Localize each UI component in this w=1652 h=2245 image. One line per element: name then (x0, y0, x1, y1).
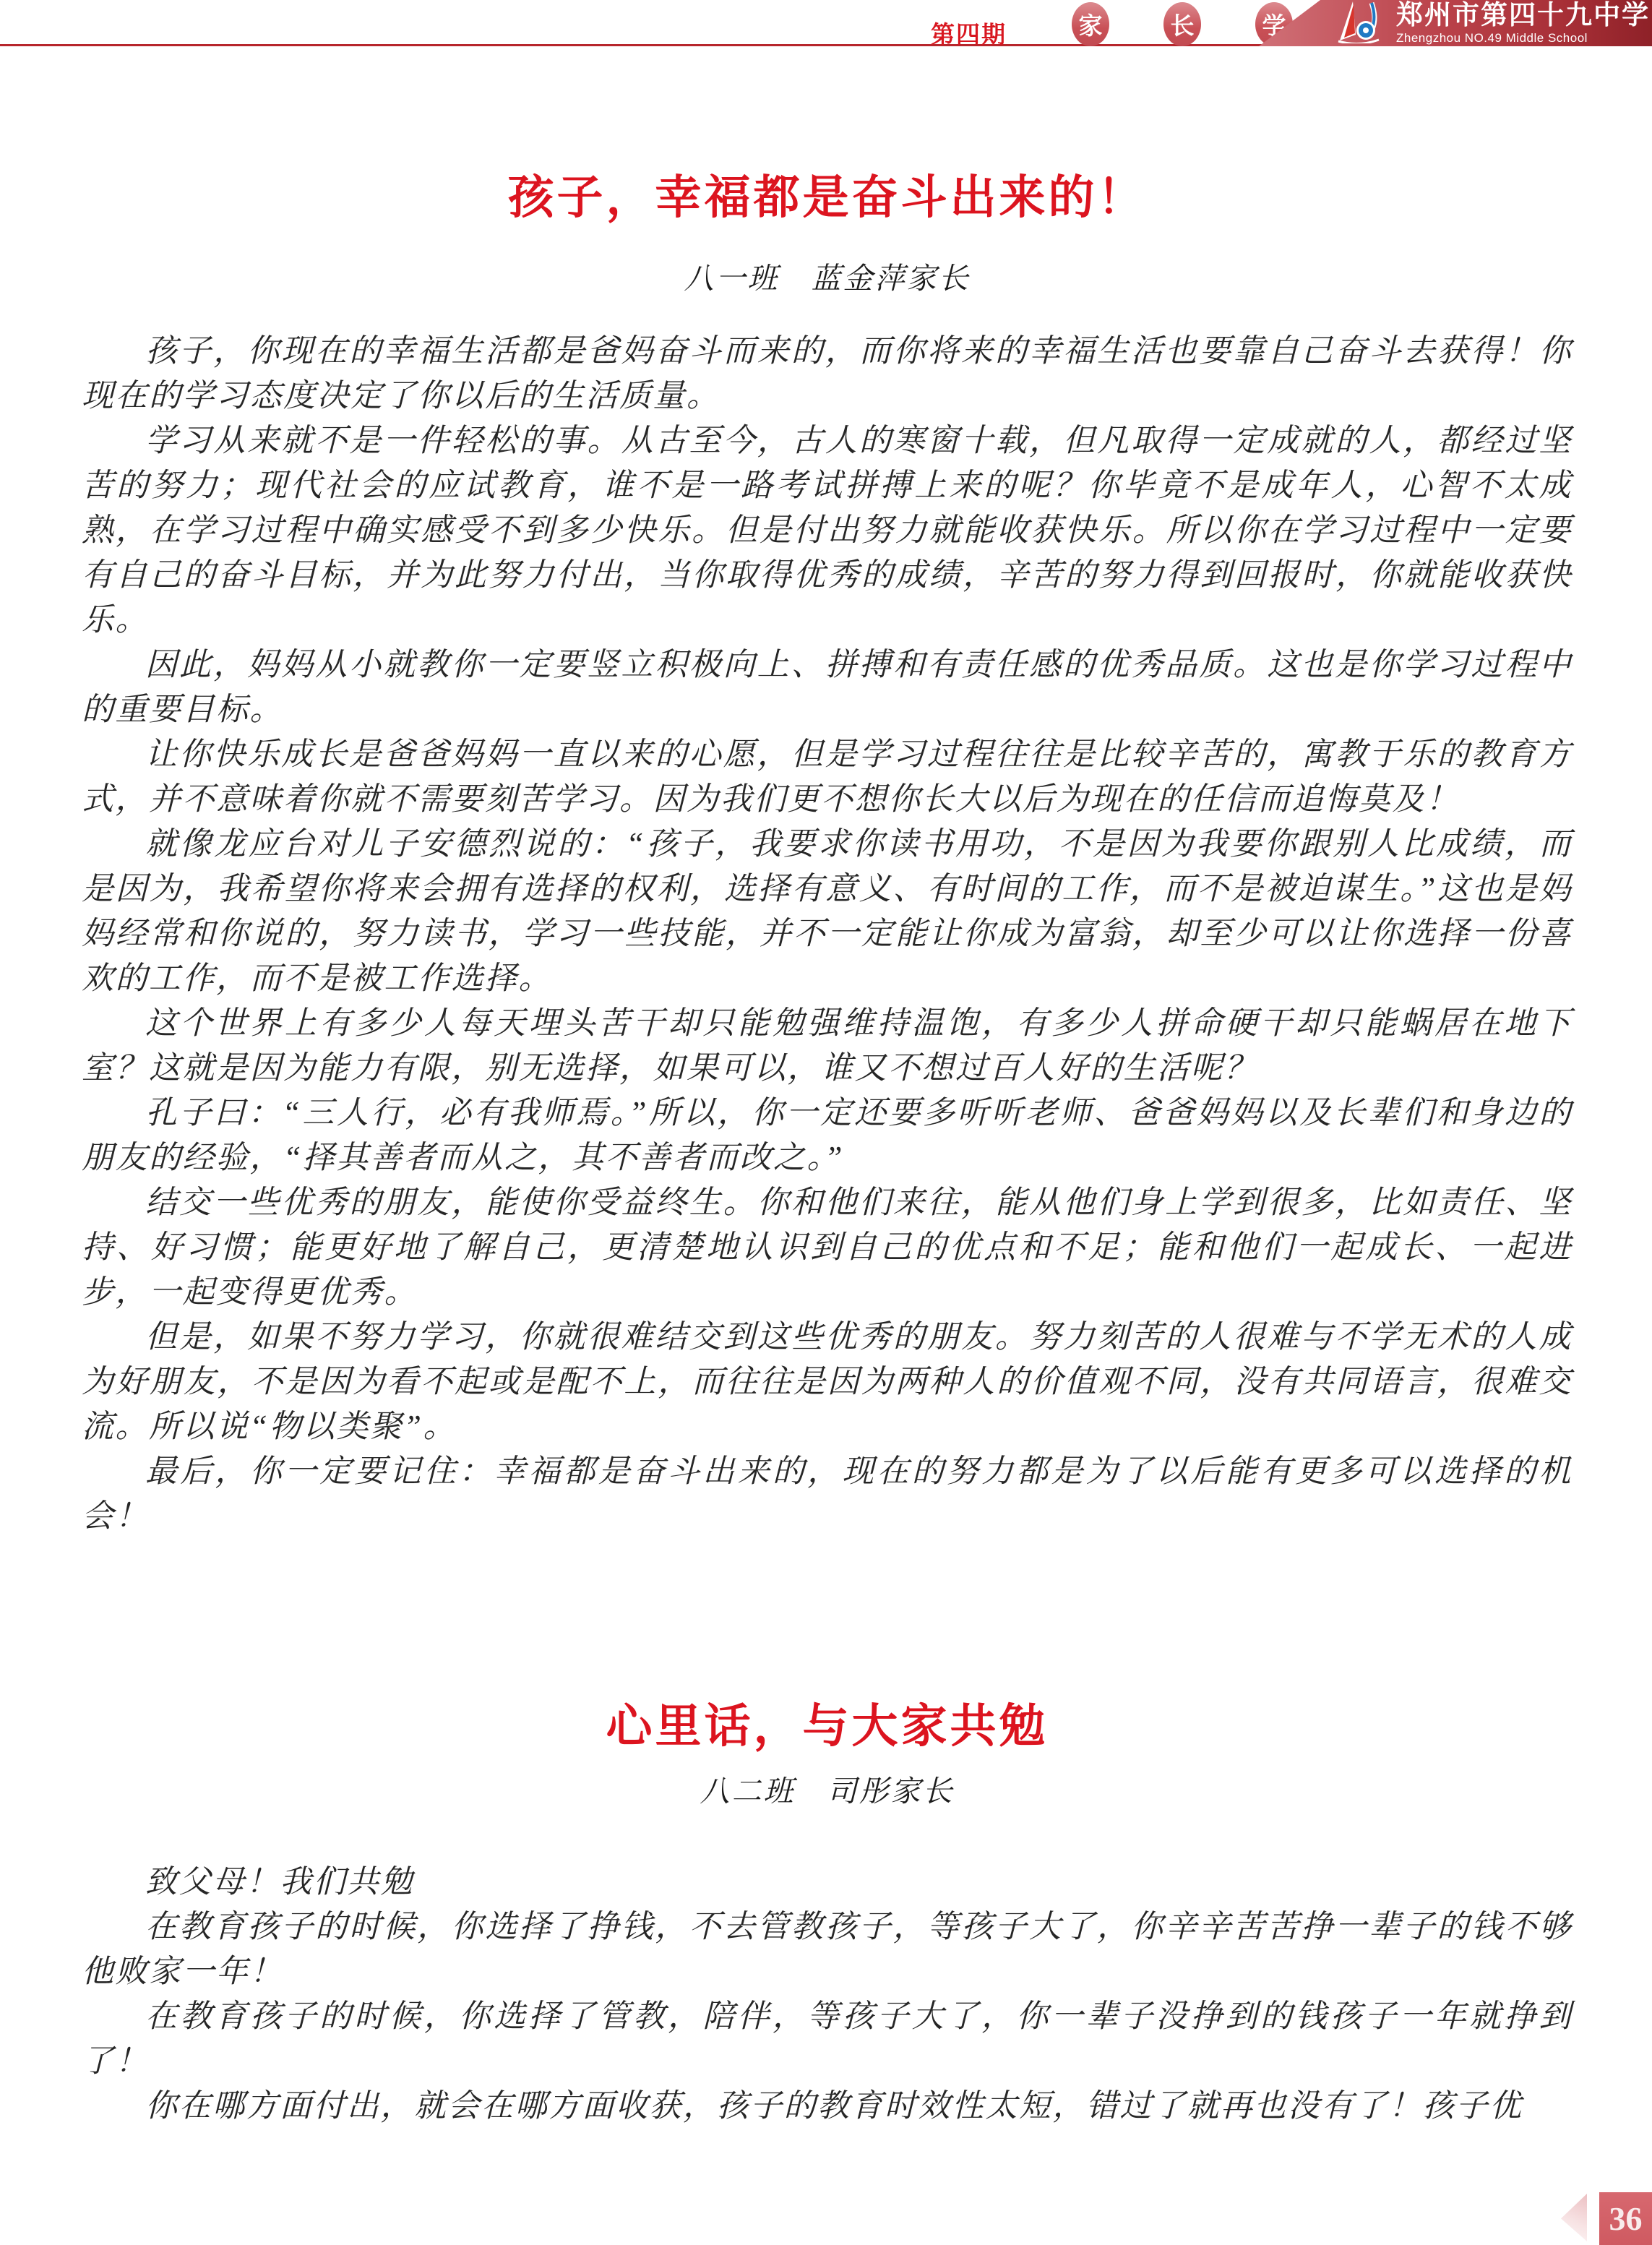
article-2: 心里话，与大家共勉 八二班 司彤家长 致父母！我们共勉 在教育孩子的时候，你选择… (82, 1700, 1573, 2129)
article-2-paragraph: 在教育孩子的时候，你选择了管教，陪伴，等孩子大了，你一辈子没挣到的钱孩子一年就挣… (82, 1994, 1573, 2084)
article-2-paragraph: 在教育孩子的时候，你选择了挣钱，不去管教孩子，等孩子大了，你辛辛苦苦挣一辈子的钱… (82, 1905, 1573, 1994)
article-1-paragraph: 最后，你一定要记住：幸福都是奋斗出来的，现在的努力都是为了以后能有更多可以选择的… (82, 1449, 1573, 1539)
article-1-paragraph: 让你快乐成长是爸爸妈妈一直以来的心愿，但是学习过程往往是比较辛苦的，寓教于乐的教… (82, 732, 1573, 822)
article-1: 孩子，幸福都是奋斗出来的！ 八一班 蓝金萍家长 孩子，你现在的幸福生活都是爸妈奋… (82, 171, 1573, 1539)
article-1-byline: 八一班 蓝金萍家长 (82, 261, 1573, 296)
article-2-paragraph: 致父母！我们共勉 (82, 1860, 1573, 1905)
article-2-title: 心里话，与大家共勉 (82, 1700, 1573, 1753)
page-content: 孩子，幸福都是奋斗出来的！ 八一班 蓝金萍家长 孩子，你现在的幸福生活都是爸妈奋… (82, 0, 1573, 2129)
article-1-paragraph: 学习从来就不是一件轻松的事。从古至今，古人的寒窗十载，但凡取得一定成就的人，都经… (82, 418, 1573, 643)
article-1-title: 孩子，幸福都是奋斗出来的！ (82, 171, 1573, 225)
page-corner-triangle-icon (1561, 2194, 1587, 2241)
article-1-paragraph: 就像龙应台对儿子安德烈说的：“孩子，我要求你读书用功，不是因为我要你跟别人比成绩… (82, 822, 1573, 1001)
article-1-paragraph: 但是，如果不努力学习，你就很难结交到这些优秀的朋友。努力刻苦的人很难与不学无术的… (82, 1315, 1573, 1449)
article-1-body: 孩子，你现在的幸福生活都是爸妈奋斗而来的，而你将来的幸福生活也要靠自己奋斗去获得… (82, 329, 1573, 1539)
article-2-body: 致父母！我们共勉 在教育孩子的时候，你选择了挣钱，不去管教孩子，等孩子大了，你辛… (82, 1860, 1573, 2129)
article-2-paragraph: 你在哪方面付出，就会在哪方面收获，孩子的教育时效性太短，错过了就再也没有了！孩子… (82, 2084, 1573, 2129)
article-1-paragraph: 这个世界上有多少人每天埋头苦干却只能勉强维持温饱，有多少人拼命硬干却只能蜗居在地… (82, 1001, 1573, 1091)
article-1-paragraph: 孔子曰：“三人行，必有我师焉。”所以，你一定还要多听听老师、爸爸妈妈以及长辈们和… (82, 1091, 1573, 1180)
article-1-paragraph: 因此，妈妈从小就教你一定要竖立积极向上、拼搏和有责任感的优秀品质。这也是你学习过… (82, 643, 1573, 732)
article-1-paragraph: 孩子，你现在的幸福生活都是爸妈奋斗而来的，而你将来的幸福生活也要靠自己奋斗去获得… (82, 329, 1573, 418)
page-number: 36 (1609, 2199, 1643, 2238)
article-1-paragraph: 结交一些优秀的朋友，能使你受益终生。你和他们来往，能从他们身上学到很多，比如责任… (82, 1180, 1573, 1315)
page-number-badge: 36 (1599, 2192, 1652, 2245)
article-2-byline: 八二班 司彤家长 (82, 1774, 1573, 1808)
